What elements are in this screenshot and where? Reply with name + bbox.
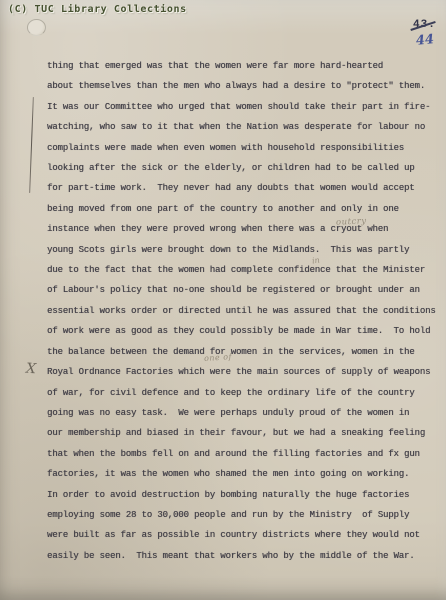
typed-line-13: essential works order or directed until … <box>47 301 432 321</box>
typed-line-11: due to the fact that the women had compl… <box>47 260 432 280</box>
watermark: (C) TUC Library Collections <box>8 4 187 15</box>
typed-line-14: of work were as good as they could possi… <box>47 321 432 341</box>
typed-line-8: being moved from one part of the country… <box>47 199 432 219</box>
typed-line-1: thing that emerged was that the women we… <box>47 56 432 76</box>
typed-line-3: It was our Committee who urged that wome… <box>47 97 432 117</box>
typed-line-5: complaints were made when even women wit… <box>47 138 432 158</box>
typed-line-10: young Scots girls were brought down to t… <box>47 240 432 260</box>
typed-line-15: the balance between the demand for women… <box>47 342 432 362</box>
typed-line-20: that when the bombs fell on and around t… <box>47 444 432 464</box>
typed-line-22: In order to avoid destruction by bombing… <box>47 485 432 505</box>
typed-line-25: easily be seen. This meant that workers … <box>47 546 432 566</box>
typed-line-2: about themselves than the men who always… <box>47 76 432 96</box>
typed-line-24: were built as far as possible in country… <box>47 525 432 545</box>
margin-line-annotation <box>29 97 34 193</box>
hole-punch-mark <box>27 19 46 36</box>
typed-line-19: our membership and biased in their favou… <box>47 423 432 443</box>
document-page: (C) TUC Library Collections 43. 44 X out… <box>0 0 446 600</box>
typed-line-6: looking after the sick or the elderly, o… <box>47 158 432 178</box>
typed-line-18: going was no easy task. We were perhaps … <box>47 403 432 423</box>
typed-text-block: thing that emerged was that the women we… <box>47 56 432 566</box>
typed-line-23: employing some 28 to 30,000 people and r… <box>47 505 432 525</box>
typed-line-7: for part-time work. They never had any d… <box>47 178 432 198</box>
typed-line-21: factories, it was the women who shamed t… <box>47 464 432 484</box>
margin-cross-annotation: X <box>25 361 36 378</box>
typed-line-4: watching, who saw to it that when the Na… <box>47 117 432 137</box>
typed-page-number: 43. <box>413 19 436 31</box>
typed-line-16: Royal Ordnance Factories which were the … <box>47 362 432 382</box>
typed-line-9: instance when they were proved wrong whe… <box>47 219 432 239</box>
typed-line-17: of war, for civil defence and to keep th… <box>47 383 432 403</box>
handwritten-page-number: 44 <box>415 32 435 49</box>
typed-line-12: of Labour's policy that no-one should be… <box>47 280 432 300</box>
